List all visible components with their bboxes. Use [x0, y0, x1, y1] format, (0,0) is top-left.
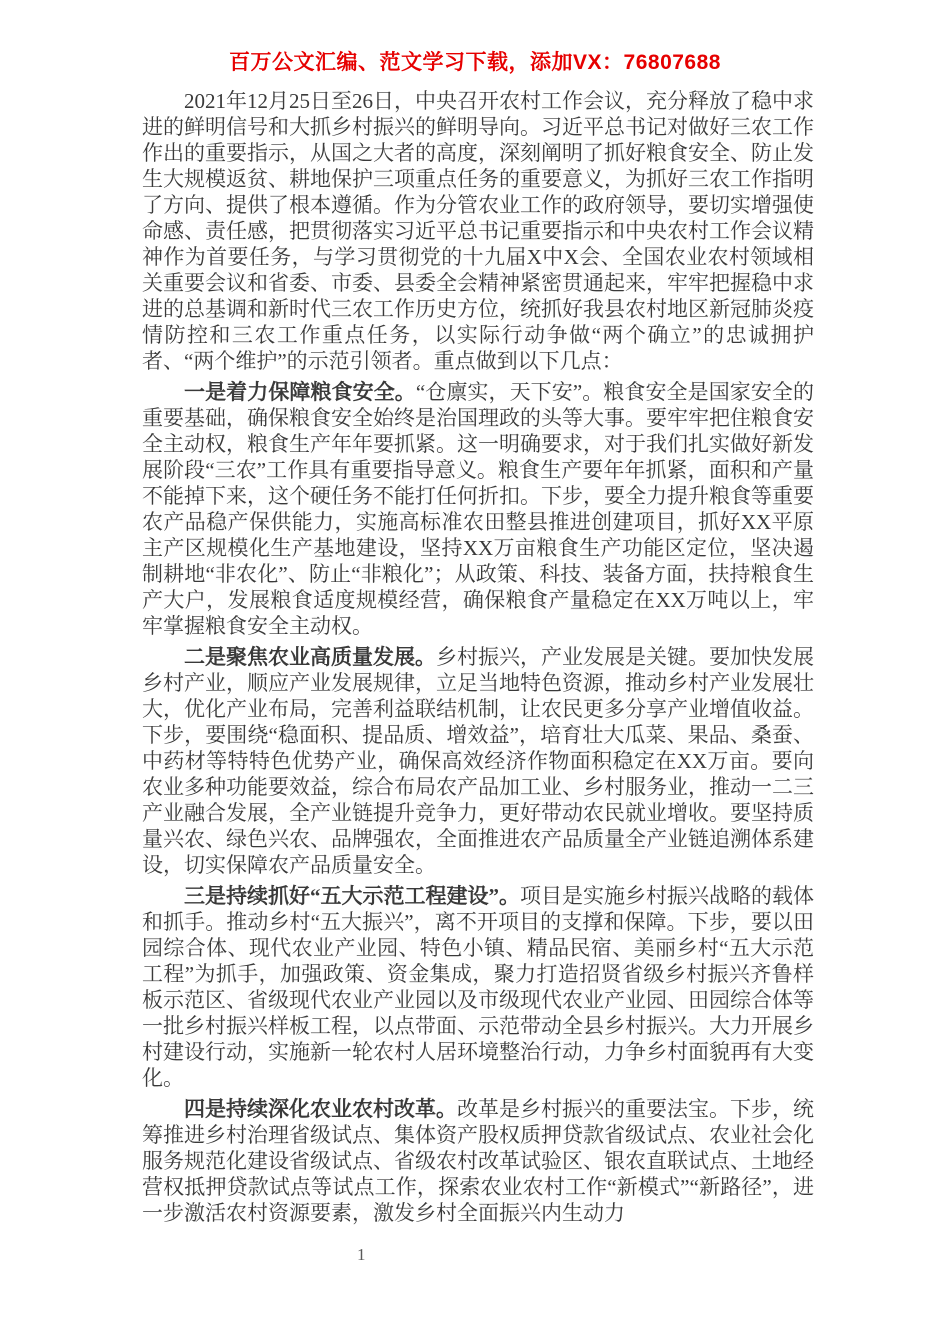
paragraph-lead: 三是持续抓好“五大示范工程建设”。 — [184, 884, 520, 908]
paragraph: 三是持续抓好“五大示范工程建设”。项目是实施乡村振兴战略的载体和抓手。推动乡村“… — [142, 883, 814, 1091]
paragraph-lead: 一是着力保障粮食安全。 — [184, 380, 416, 404]
document-body: 2021年12月25日至26日，中央召开农村工作会议，充分释放了稳中求进的鲜明信… — [142, 88, 814, 1231]
paragraph-lead: 二是聚焦农业高质量发展。 — [184, 645, 436, 669]
paragraph-text: 乡村振兴，产业发展是关键。要加快发展乡村产业，顺应产业发展规律，立足当地特色资源… — [142, 645, 814, 877]
paragraph: 四是持续深化农业农村改革。改革是乡村振兴的重要法宝。下步，统筹推进乡村治理省级试… — [142, 1096, 814, 1226]
watermark-header: 百万公文汇编、范文学习下载，添加VX：76807688 — [0, 46, 950, 76]
paragraph-text: 项目是实施乡村振兴战略的载体和抓手。推动乡村“五大振兴”，离不开项目的支撑和保障… — [142, 884, 814, 1090]
paragraph: 二是聚焦农业高质量发展。乡村振兴，产业发展是关键。要加快发展乡村产业，顺应产业发… — [142, 644, 814, 878]
page-number: 1 — [357, 1245, 366, 1265]
paragraph-text: “仓廪实，天下安”。粮食安全是国家安全的重要基础，确保粮食安全始终是治国理政的头… — [142, 380, 814, 638]
paragraph: 2021年12月25日至26日，中央召开农村工作会议，充分释放了稳中求进的鲜明信… — [142, 88, 814, 374]
paragraph: 一是着力保障粮食安全。“仓廪实，天下安”。粮食安全是国家安全的重要基础，确保粮食… — [142, 379, 814, 639]
paragraph-lead: 四是持续深化农业农村改革。 — [184, 1097, 457, 1121]
document-page: 百万公文汇编、范文学习下载，添加VX：76807688 2021年12月25日至… — [0, 0, 950, 1344]
paragraph-text: 2021年12月25日至26日，中央召开农村工作会议，充分释放了稳中求进的鲜明信… — [142, 89, 814, 373]
